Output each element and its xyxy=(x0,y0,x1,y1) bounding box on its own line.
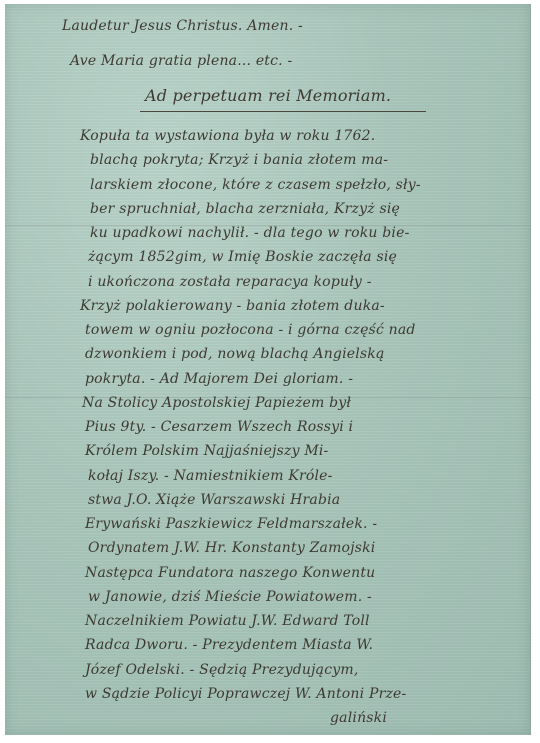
body-line: Następca Fundatora naszego Konwentu xyxy=(85,565,375,581)
body-line: Naczelnikiem Powiatu J.W. Edward Toll xyxy=(85,613,370,629)
body-line: żącym 1852gim, w Imię Boskie zaczęła się xyxy=(88,249,397,265)
title-underline xyxy=(140,111,426,112)
body-line: ber spruchniał, blacha zerzniała, Krzyż … xyxy=(90,201,400,217)
header-title: Ad perpetuam rei Memoriam. xyxy=(145,86,391,105)
body-line: Krzyż polakierowany - bania złotem duka- xyxy=(80,298,385,314)
body-line: stwa J.O. Xiąże Warszawski Hrabia xyxy=(88,492,340,508)
body-line: Na Stolicy Apostolskiej Papieżem był xyxy=(82,395,351,411)
body-line: w Sądzie Policyi Poprawczej W. Antoni Pr… xyxy=(85,686,406,702)
body-line: dzwonkiem i pod, nową blachą Angielską xyxy=(85,346,385,362)
body-line: i ukończona została reparacya kopuły - xyxy=(88,274,372,290)
body-line: Pius 9ty. - Cesarzem Wszech Rossyi i xyxy=(85,419,353,435)
body-line: kołaj Iszy. - Namiestnikiem Króle- xyxy=(88,468,333,484)
body-line: Erywański Paszkiewicz Feldmarszałek. - xyxy=(85,516,377,532)
body-line: towem w ogniu pozłocona - i górna część … xyxy=(85,322,416,338)
body-line: Kopuła ta wystawiona była w roku 1762. xyxy=(80,128,375,144)
header-line-1: Laudetur Jesus Christus. Amen. - xyxy=(62,18,303,34)
body-line: pokryta. - Ad Majorem Dei gloriam. - xyxy=(85,371,353,387)
body-line: Ordynatem J.W. Hr. Konstanty Zamojski xyxy=(88,540,375,556)
header-line-2: Ave Maria gratia plena... etc. - xyxy=(70,53,292,69)
body-line: Radca Dworu. - Prezydentem Miasta W. xyxy=(85,637,373,653)
body-line: Józef Odelski. - Sędzią Prezydującym, xyxy=(85,662,358,678)
body-line: larskiem złocone, które z czasem spełzło… xyxy=(90,177,421,193)
body-line: galiński xyxy=(330,710,387,726)
body-line: ku upadkowi nachylił. - dla tego w roku … xyxy=(90,225,410,241)
body-line: w Janowie, dziś Mieście Powiatowem. - xyxy=(88,589,372,605)
body-line: Królem Polskim Najjaśniejszy Mi- xyxy=(85,443,329,459)
body-line: blachą pokryta; Krzyż i bania złotem ma- xyxy=(90,152,388,168)
